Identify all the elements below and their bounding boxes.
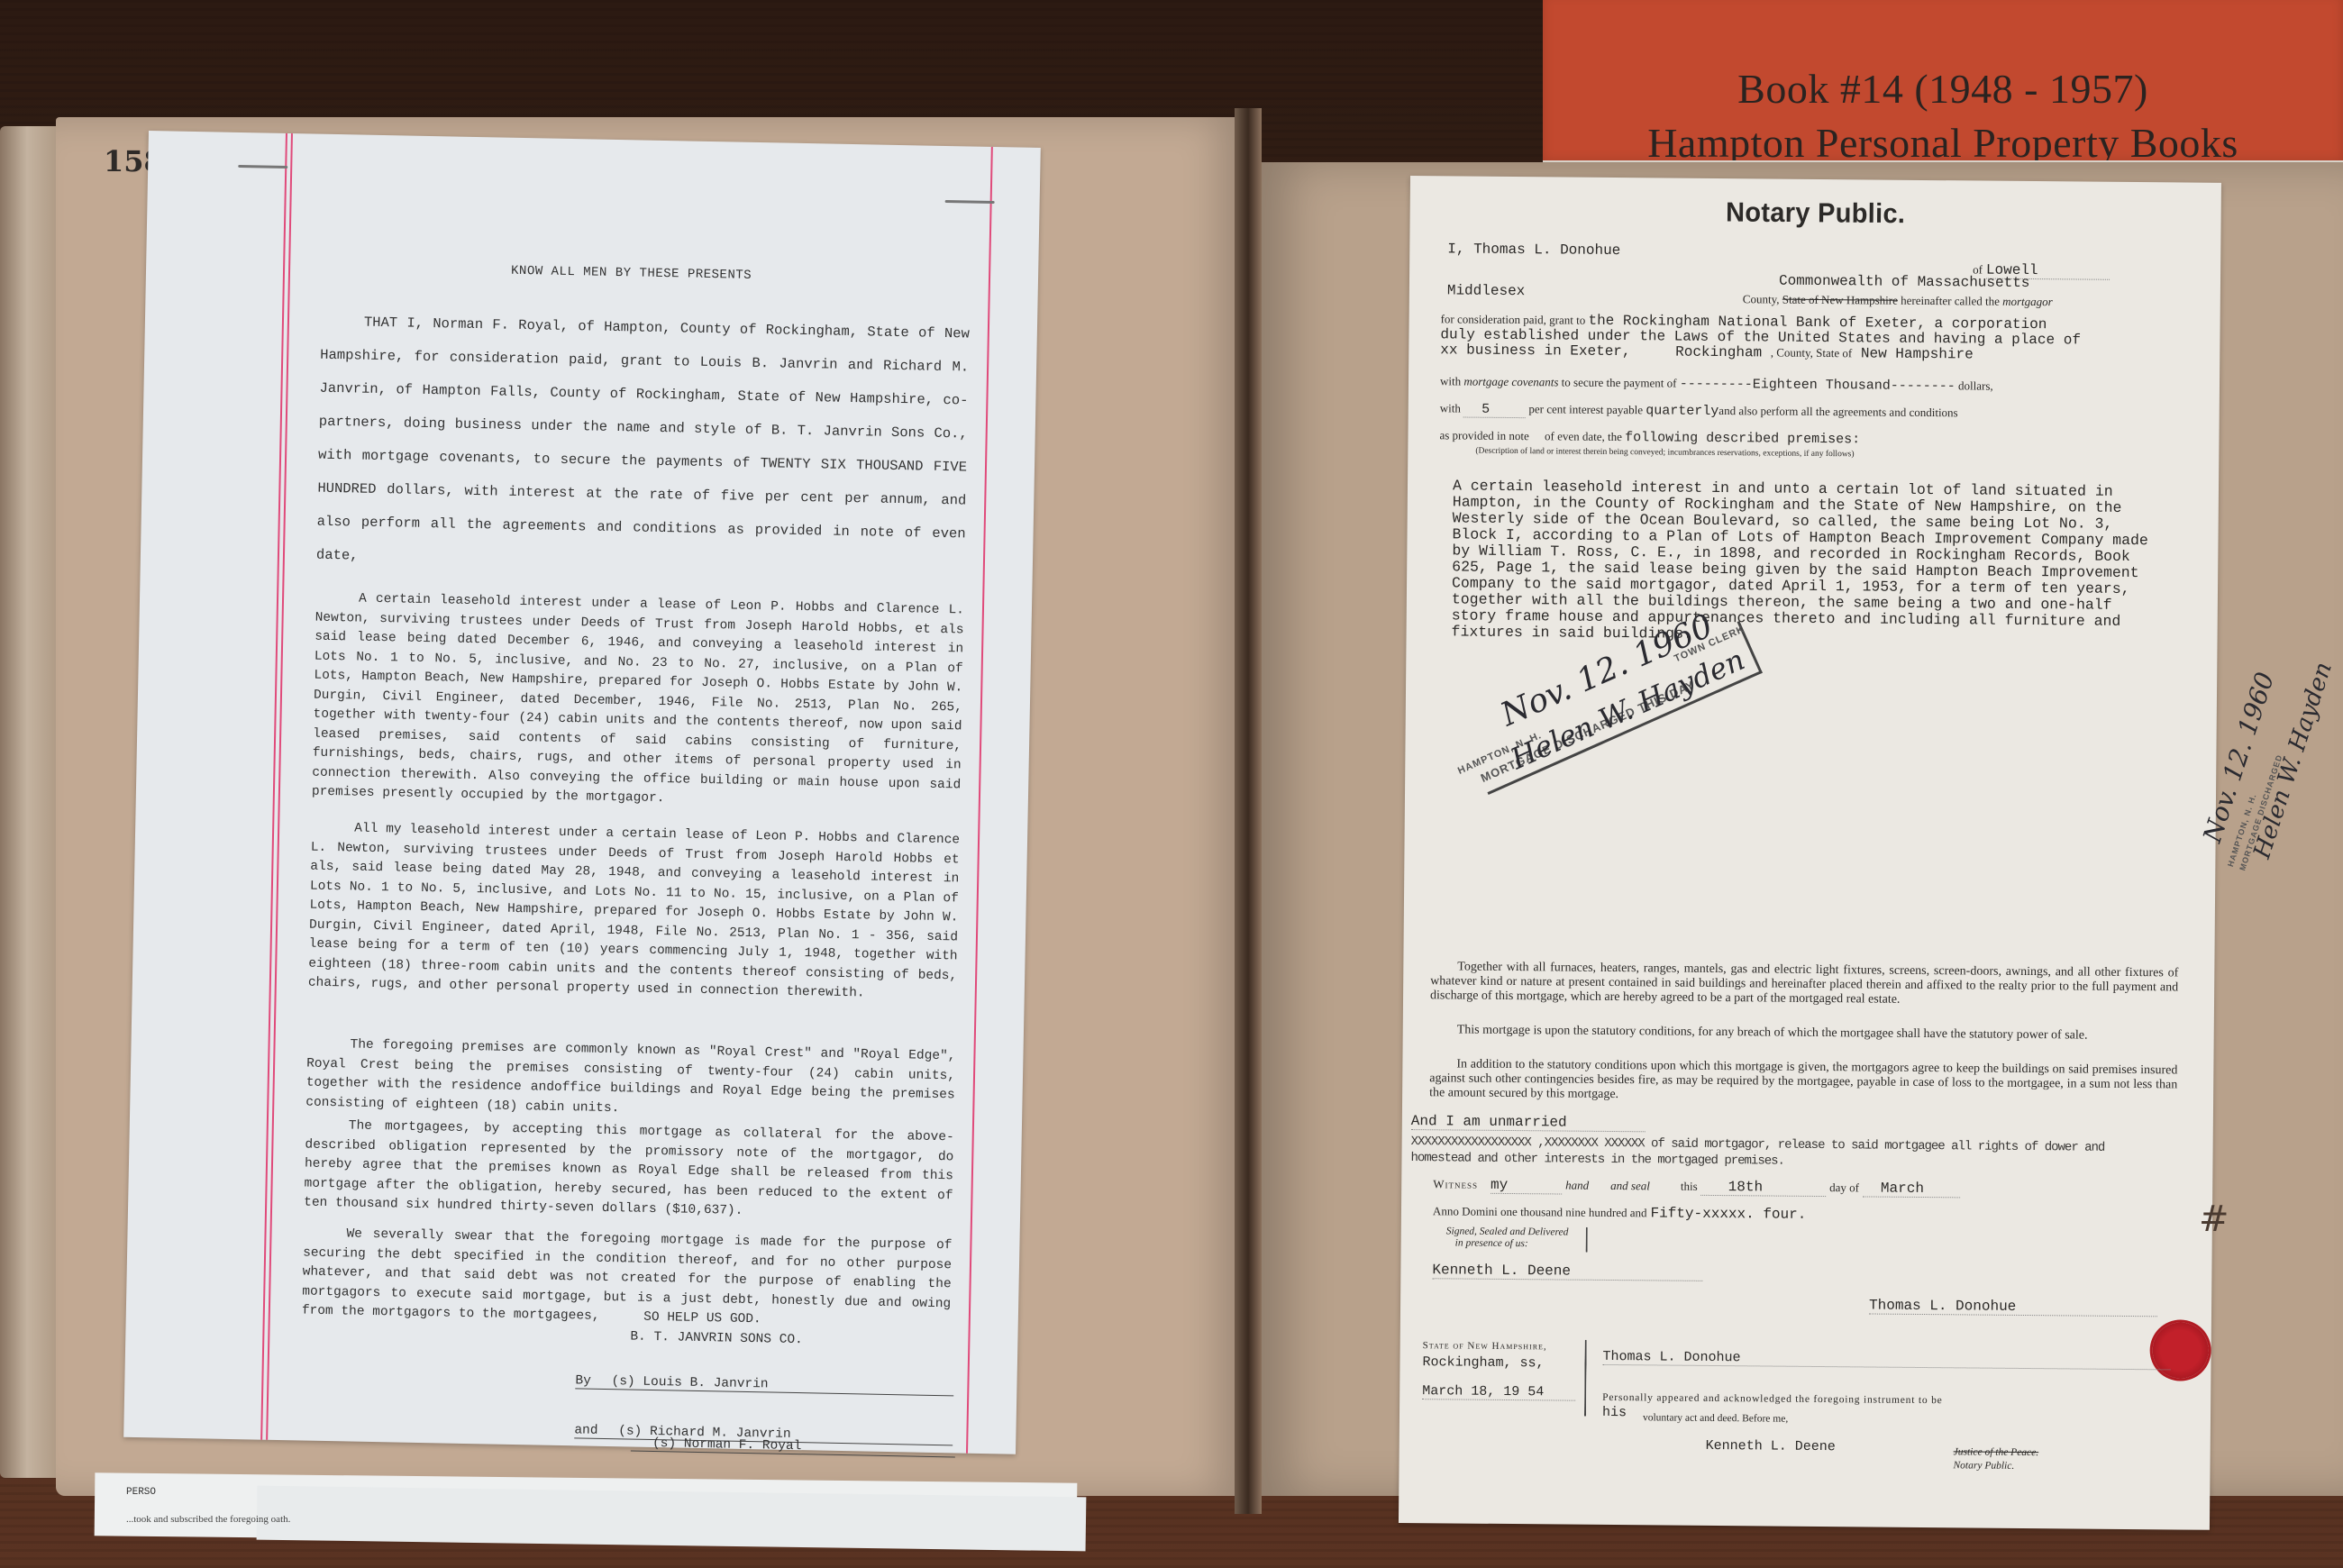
year-value: Fifty-xxxxx. four. xyxy=(1650,1205,1806,1223)
fixtures-clause: Together with all furnaces, heaters, ran… xyxy=(1430,960,2178,1009)
amount-value: ---------Eighteen Thousand-------- xyxy=(1680,377,1956,395)
presence-label-2: in presence of us: xyxy=(1446,1237,1569,1250)
note-label: as provided in note xyxy=(1439,428,1528,442)
anno-label: Anno Domini one thousand nine hundred an… xyxy=(1433,1204,1647,1219)
witness-label: Witness xyxy=(1433,1177,1478,1190)
struck-homestead-line: homestead and other interests in the mor… xyxy=(1410,1151,1861,1169)
signature-line: By (s) Louis B. Janvrin xyxy=(575,1373,953,1396)
staple-icon xyxy=(238,165,287,169)
struck-title: Justice of the Peace. xyxy=(1954,1446,2039,1458)
book-gutter xyxy=(1235,108,1262,1514)
ack-text: Personally appeared and acknowledged the… xyxy=(1602,1392,1943,1406)
insurance-clause: In addition to the statutory conditions … xyxy=(1429,1057,2177,1107)
mortgagor-word: mortgagor xyxy=(2002,295,2053,308)
this-label: this xyxy=(1681,1180,1698,1193)
lease-paragraph-2: All my leasehold interest under a certai… xyxy=(308,819,961,1006)
ack-county: Rockingham, ss, xyxy=(1422,1354,1544,1371)
year-line: Anno Domini one thousand nine hundred an… xyxy=(1433,1203,1807,1223)
margin-rule xyxy=(260,133,287,1440)
agreements-label: and also perform all the agreements and … xyxy=(1719,404,1957,419)
signature-prefix: and xyxy=(574,1423,597,1437)
release-paragraph: The mortgagees, by accepting this mortga… xyxy=(304,1117,954,1226)
with-label: with xyxy=(1440,401,1461,415)
clause-text: Together with all furnaces, heaters, ran… xyxy=(1430,960,2178,1007)
seal-label: and seal xyxy=(1610,1179,1650,1192)
margin-rule xyxy=(266,133,293,1440)
clause-text: This mortgage is upon the statutory cond… xyxy=(1430,1023,2088,1042)
mortgagor-name: Thomas L. Donohue xyxy=(1473,242,1620,259)
grantee-line3: xx business in Exeter, Rockingham , Coun… xyxy=(1440,342,1974,362)
premises-line: as provided in note of even date, the fo… xyxy=(1439,428,1860,447)
day-of-label: day of xyxy=(1829,1181,1859,1194)
oath-text: We severally swear that the foregoing mo… xyxy=(302,1226,953,1323)
mortgagor-signature: Thomas L. Donohue xyxy=(1869,1297,2157,1317)
mortgagor-line: I, Thomas L. Donohue xyxy=(1447,241,1620,259)
day-value: 18th xyxy=(1701,1179,1827,1197)
opening-paragraph: THAT I, Norman F. Royal, of Hampton, Cou… xyxy=(316,305,971,585)
grantee-state: New Hampshire xyxy=(1861,345,1974,362)
document-heading: KNOW ALL MEN BY THESE PRESENTS xyxy=(511,264,752,283)
covenants-label: with xyxy=(1440,374,1461,387)
county-state-line: County, State of New Hampshire hereinaft… xyxy=(1743,292,2053,309)
cover-title-line1: Book #14 (1948 - 1957) xyxy=(1543,65,2343,113)
strip-text: PERSO xyxy=(126,1487,156,1498)
ack-name: Thomas L. Donohue xyxy=(1602,1349,2170,1370)
red-notary-seal-icon xyxy=(2152,1322,2209,1379)
signature-name: (s) Louis B. Janvrin xyxy=(611,1374,768,1391)
grant-label: for consideration paid, grant to xyxy=(1441,312,1586,326)
covenants-label: to secure the payment of xyxy=(1562,375,1677,389)
rate-value: 5 xyxy=(1463,402,1526,419)
presence-label-1: Signed, Sealed and Delivered xyxy=(1446,1226,1569,1238)
power-of-sale-mortgage-form: Notary Public. I, Thomas L. Donohue of L… xyxy=(1399,176,2221,1530)
premises-paragraph: The foregoing premises are commonly know… xyxy=(305,1035,956,1126)
month-value: March xyxy=(1863,1180,1960,1198)
witness-value: my xyxy=(1491,1177,1562,1195)
state-struck: State of New Hampshire xyxy=(1782,293,1898,307)
interest-line: with 5 per cent interest payable quarter… xyxy=(1440,401,1958,421)
dollars-label: dollars, xyxy=(1958,378,1993,392)
loose-paper-strip xyxy=(257,1486,1087,1552)
witness-line: Witness my hand and seal this 18th day o… xyxy=(1433,1176,1960,1197)
hand-label: hand xyxy=(1565,1179,1589,1192)
book-cover: Book #14 (1948 - 1957) Hampton Personal … xyxy=(1543,0,2343,167)
ack-state: State of New Hampshire, xyxy=(1423,1340,1547,1352)
county-value: Middlesex xyxy=(1447,282,1526,299)
even-date-label: of even date, the xyxy=(1545,429,1622,443)
notary-name: Kenneth L. Deene xyxy=(1706,1438,1836,1454)
description-hint: (Description of land or interest therein… xyxy=(1475,447,1854,460)
statutory-clause: This mortgage is upon the statutory cond… xyxy=(1430,1023,2178,1044)
signature-name: (s) Norman F. Royal xyxy=(652,1436,802,1454)
brace xyxy=(1586,1227,1588,1253)
state-typed: Commonwealth of Massachusetts xyxy=(1779,273,2030,291)
company-name: B. T. JANVRIN SONS CO. xyxy=(630,1330,803,1348)
mortgagor-suffix: hereinafter called the xyxy=(1901,294,2000,308)
witness-signer: Kenneth L. Deene xyxy=(1432,1262,1702,1281)
grantee-town: business in Exeter, xyxy=(1466,342,1631,360)
clause-text: In addition to the statutory conditions … xyxy=(1429,1057,2177,1101)
oath-paragraph: We severally swear that the foregoing mo… xyxy=(302,1225,953,1334)
mortgagor-prefix: I, xyxy=(1447,241,1464,257)
county-label: County, xyxy=(1743,292,1780,305)
payable-value: quarterly xyxy=(1646,403,1719,419)
rate-label: per cent interest payable xyxy=(1528,402,1643,416)
marital-status: And I am unmarried xyxy=(1411,1113,1646,1132)
county-state-label: , County, State of xyxy=(1771,345,1853,360)
form-title: Notary Public. xyxy=(1410,195,2221,233)
strip-text: ...took and subscribed the foregoing oat… xyxy=(126,1514,290,1525)
oath-close: SO HELP US GOD. xyxy=(643,1310,761,1327)
ack-pronoun: his xyxy=(1602,1405,1627,1420)
grantee-county: Rockingham xyxy=(1675,344,1762,361)
ack-date: March 18, 19 54 xyxy=(1422,1383,1575,1400)
typed-mortgage-document: KNOW ALL MEN BY THESE PRESENTS THAT I, N… xyxy=(123,131,1041,1454)
presence-label: Signed, Sealed and Delivered in presence… xyxy=(1446,1226,1569,1250)
ack-text-2: voluntary act and deed. Before me, xyxy=(1643,1412,1788,1424)
covenants-label: mortgage covenants xyxy=(1463,375,1558,389)
covenants-line: with mortgage covenants to secure the pa… xyxy=(1440,374,1993,394)
lease-paragraph-1: A certain leasehold interest under a lea… xyxy=(312,589,964,815)
premises-description: A certain leasehold interest in and unto… xyxy=(1452,478,2165,646)
premises-label: following described premises: xyxy=(1625,430,1860,447)
notary-title: Notary Public. xyxy=(1953,1460,2014,1472)
struck-prefix: xx xyxy=(1440,342,1457,358)
margin-rule xyxy=(966,147,993,1454)
hash-mark: # xyxy=(2199,1199,2229,1240)
signature-prefix: By xyxy=(575,1373,591,1388)
brace xyxy=(1584,1340,1587,1417)
staple-icon xyxy=(945,200,995,204)
